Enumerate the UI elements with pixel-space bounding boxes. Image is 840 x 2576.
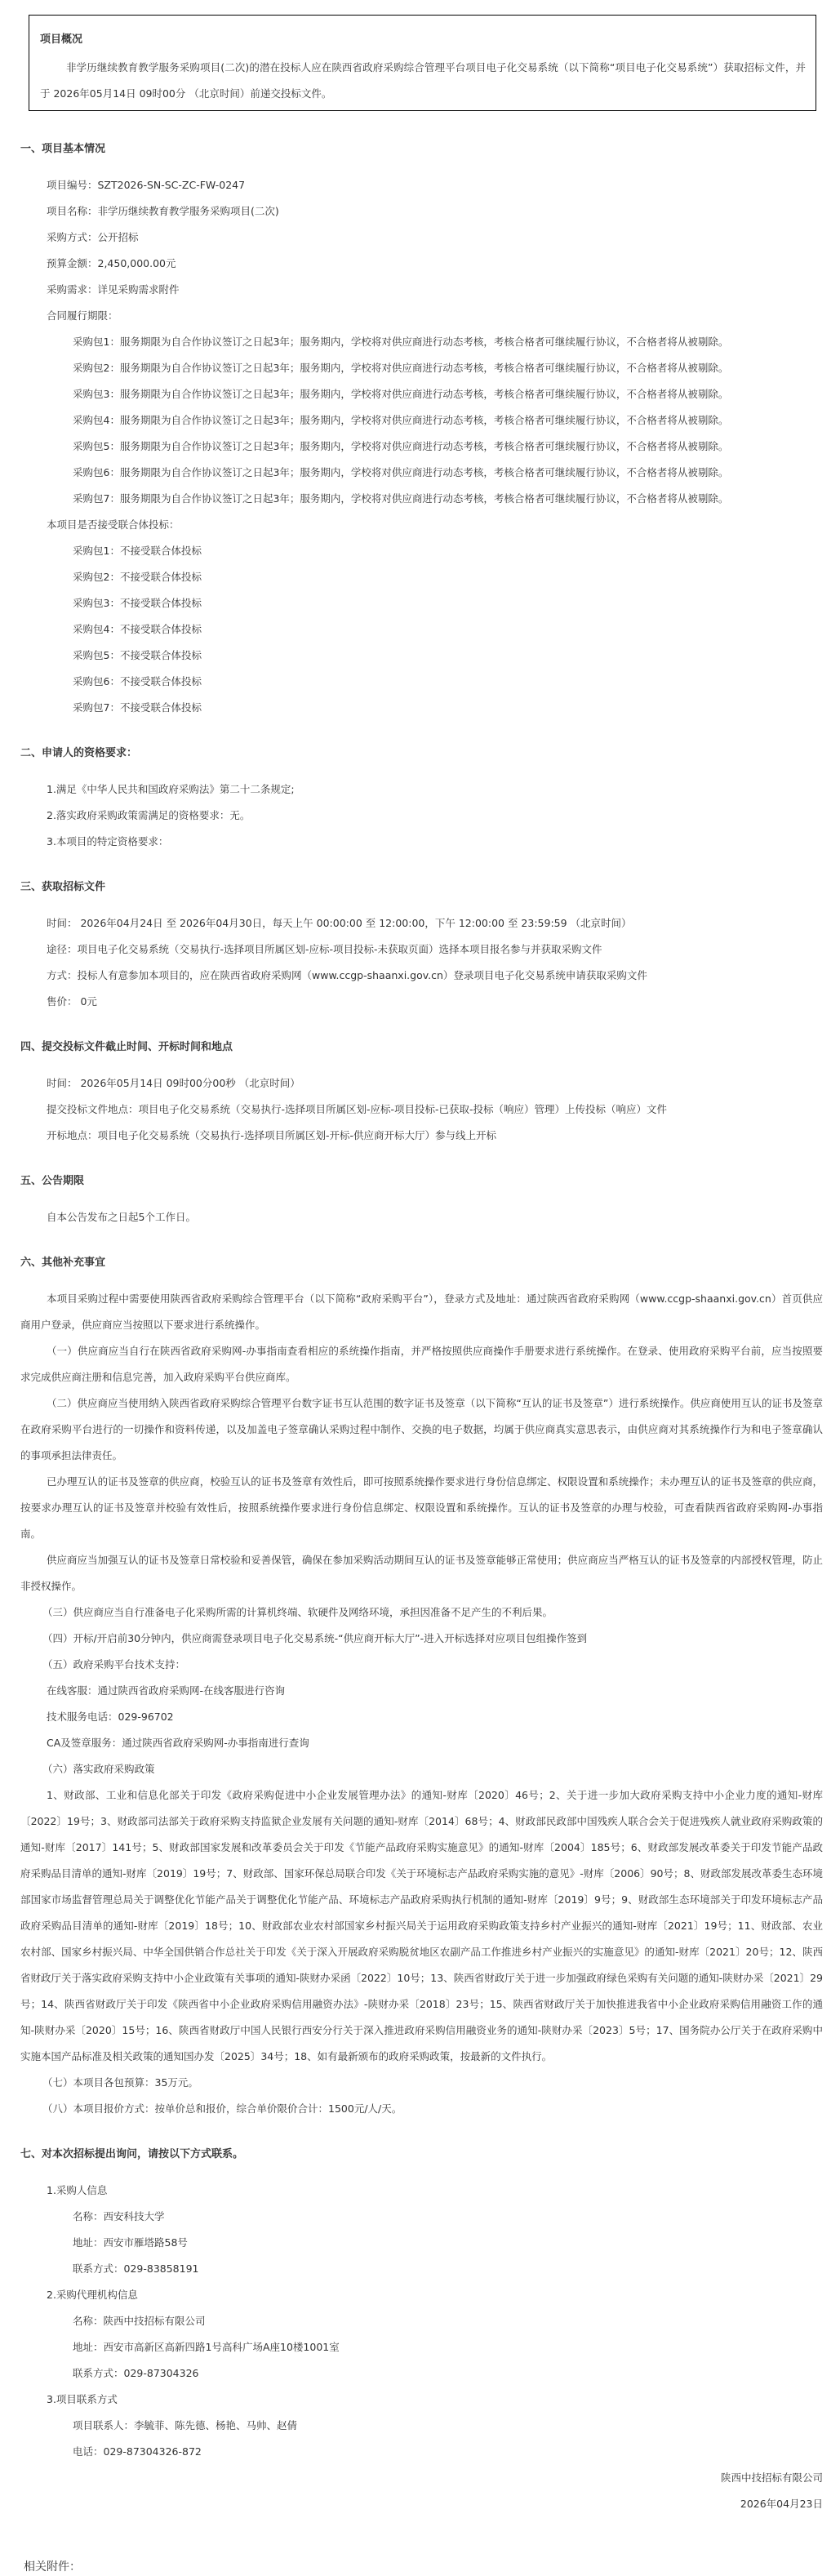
contract-package-6: 采购包6：服务期限为自合作协议签订之日起3年；服务期内，学校将对供应商进行动态考… bbox=[0, 460, 840, 486]
budget-amount: 预算金额：2,450,000.00元 bbox=[0, 251, 840, 277]
section-7-heading: 七、对本次招标提出询问，请按以下方式联系。 bbox=[20, 2147, 840, 2163]
procurement-requirement: 采购需求：详见采购需求附件 bbox=[0, 277, 840, 303]
supplementary-item-3: （三）供应商应当自行准备电子化采购所需的计算机终端、软硬件及网络环境，承担因准备… bbox=[0, 1599, 840, 1626]
online-service: 在线客服：通过陕西省政府采购网-在线客服进行咨询 bbox=[0, 1678, 840, 1704]
consortium-label: 本项目是否接受联合体投标： bbox=[0, 512, 840, 538]
contract-package-4: 采购包4：服务期限为自合作协议签订之日起3年；服务期内，学校将对供应商进行动态考… bbox=[0, 407, 840, 434]
project-number: 项目编号：SZT2026-SN-SC-ZC-FW-0247 bbox=[0, 172, 840, 198]
obtain-route: 途径：项目电子化交易系统（交易执行-选择项目所属区划-应标-项目投标-未获取页面… bbox=[0, 937, 840, 963]
qualification-2: 2.落实政府采购政策需满足的资格要求：无。 bbox=[0, 803, 840, 829]
project-name: 项目名称：非学历继续教育教学服务采购项目(二次) bbox=[0, 198, 840, 225]
overview-title: 项目概况 bbox=[40, 32, 806, 48]
section-4-heading: 四、提交投标文件截止时间、开标时间和地点 bbox=[20, 1039, 840, 1056]
supplementary-item-7: （七）本项目各包预算：35万元。 bbox=[0, 2070, 840, 2096]
supplementary-item-2c: 供应商应当加强互认的证书及签章日常校验和妥善保管，确保在参加采购活动期间互认的证… bbox=[0, 1547, 840, 1599]
consortium-package-7: 采购包7：不接受联合体投标 bbox=[0, 695, 840, 721]
consortium-package-6: 采购包6：不接受联合体投标 bbox=[0, 669, 840, 695]
submit-place: 提交投标文件地点：项目电子化交易系统（交易执行-选择项目所属区划-应标-项目投标… bbox=[0, 1097, 840, 1123]
agency-title: 2.采购代理机构信息 bbox=[0, 2282, 840, 2308]
qualification-1: 1.满足《中华人民共和国政府采购法》第二十二条规定; bbox=[0, 776, 840, 803]
procurement-announcement: 项目概况 非学历继续教育教学服务采购项目(二次)的潜在投标人应在陕西省政府采购综… bbox=[0, 0, 840, 2576]
project-contact-phone: 电话：029-87304326-872 bbox=[0, 2439, 840, 2465]
project-contact-people: 项目联系人：李毓菲、陈先德、杨艳、马帅、赵倩 bbox=[0, 2413, 840, 2439]
section-5-heading: 五、公告期限 bbox=[20, 1173, 840, 1190]
obtain-time: 时间： 2026年04月24日 至 2026年04月30日，每天上午 00:00… bbox=[0, 910, 840, 937]
overview-text: 非学历继续教育教学服务采购项目(二次)的潜在投标人应在陕西省政府采购综合管理平台… bbox=[40, 55, 806, 107]
section-3-heading: 三、获取招标文件 bbox=[20, 879, 840, 896]
contract-period-label: 合同履行期限： bbox=[0, 303, 840, 329]
obtain-price: 售价： 0元 bbox=[0, 989, 840, 1015]
supplementary-item-2: （二）供应商应当使用纳入陕西省政府采购综合管理平台数字证书互认范围的数字证书及签… bbox=[0, 1390, 840, 1469]
supplementary-item-4: （四）开标/开启前30分钟内，供应商需登录项目电子化交易系统-“供应商开标大厅”… bbox=[0, 1626, 840, 1652]
supplementary-item-6: （六）落实政府采购政策 bbox=[0, 1756, 840, 1782]
supplementary-item-8: （八）本项目报价方式：按单价总和报价，综合单价限价合计：1500元/人/天。 bbox=[0, 2096, 840, 2122]
purchaser-contact: 联系方式：029-83858191 bbox=[0, 2256, 840, 2282]
contract-package-7: 采购包7：服务期限为自合作协议签订之日起3年；服务期内，学校将对供应商进行动态考… bbox=[0, 486, 840, 512]
purchaser-name: 名称：西安科技大学 bbox=[0, 2204, 840, 2230]
purchaser-title: 1.采购人信息 bbox=[0, 2178, 840, 2204]
contract-package-5: 采购包5：服务期限为自合作协议签订之日起3年；服务期内，学校将对供应商进行动态考… bbox=[0, 434, 840, 460]
supplementary-item-1: （一）供应商应当自行在陕西省政府采购网-办事指南查看相应的系统操作指南，并严格按… bbox=[0, 1338, 840, 1390]
section-2-heading: 二、申请人的资格要求： bbox=[20, 745, 840, 762]
supplementary-item-2b: 已办理互认的证书及签章的供应商，校验互认的证书及签章有效性后，即可按照系统操作要… bbox=[0, 1469, 840, 1547]
consortium-package-2: 采购包2：不接受联合体投标 bbox=[0, 564, 840, 590]
section-1-heading: 一、项目基本情况 bbox=[20, 141, 840, 158]
contract-package-2: 采购包2：服务期限为自合作协议签订之日起3年；服务期内，学校将对供应商进行动态考… bbox=[0, 355, 840, 381]
purchaser-address: 地址：西安市雁塔路58号 bbox=[0, 2230, 840, 2256]
consortium-package-3: 采购包3：不接受联合体投标 bbox=[0, 590, 840, 616]
signature-date: 2026年04月23日 bbox=[0, 2491, 840, 2517]
policy-list: 1、财政部、工业和信息化部关于印发《政府采购促进中小企业发展管理办法》的通知-财… bbox=[0, 1782, 840, 2070]
section-6-heading: 六、其他补充事宜 bbox=[20, 1255, 840, 1271]
ca-service: CA及签章服务：通过陕西省政府采购网-办事指南进行查询 bbox=[0, 1730, 840, 1756]
qualification-3: 3.本项目的特定资格要求： bbox=[0, 829, 840, 855]
agency-name: 名称：陕西中技招标有限公司 bbox=[0, 2308, 840, 2334]
consortium-package-4: 采购包4：不接受联合体投标 bbox=[0, 616, 840, 643]
supplementary-intro: 本项目采购过程中需要使用陕西省政府采购综合管理平台（以下简称“政府采购平台”），… bbox=[0, 1286, 840, 1338]
agency-contact: 联系方式：029-87304326 bbox=[0, 2360, 840, 2387]
agency-address: 地址：西安市高新区高新四路1号高科广场A座10楼1001室 bbox=[0, 2334, 840, 2360]
supplementary-item-5: （五）政府采购平台技术支持： bbox=[0, 1652, 840, 1678]
contract-package-3: 采购包3：服务期限为自合作协议签订之日起3年；服务期内，学校将对供应商进行动态考… bbox=[0, 381, 840, 407]
announcement-period: 自本公告发布之日起5个工作日。 bbox=[0, 1204, 840, 1230]
attachments-label: 相关附件： bbox=[24, 2558, 840, 2576]
project-overview-box: 项目概况 非学历继续教育教学服务采购项目(二次)的潜在投标人应在陕西省政府采购综… bbox=[29, 15, 816, 111]
obtain-method: 方式：投标人有意参加本项目的，应在陕西省政府采购网（www.ccgp-shaan… bbox=[0, 963, 840, 989]
tech-service-phone: 技术服务电话：029-96702 bbox=[0, 1704, 840, 1730]
deadline-time: 时间： 2026年05月14日 09时00分00秒 （北京时间） bbox=[0, 1070, 840, 1097]
contract-package-1: 采购包1：服务期限为自合作协议签订之日起3年；服务期内，学校将对供应商进行动态考… bbox=[0, 329, 840, 355]
consortium-package-1: 采购包1：不接受联合体投标 bbox=[0, 538, 840, 564]
consortium-package-5: 采购包5：不接受联合体投标 bbox=[0, 643, 840, 669]
project-contact-title: 3.项目联系方式 bbox=[0, 2387, 840, 2413]
open-place: 开标地点：项目电子化交易系统（交易执行-选择项目所属区划-开标-供应商开标大厅）… bbox=[0, 1123, 840, 1149]
procurement-method: 采购方式：公开招标 bbox=[0, 225, 840, 251]
signature-company: 陕西中技招标有限公司 bbox=[0, 2465, 840, 2491]
